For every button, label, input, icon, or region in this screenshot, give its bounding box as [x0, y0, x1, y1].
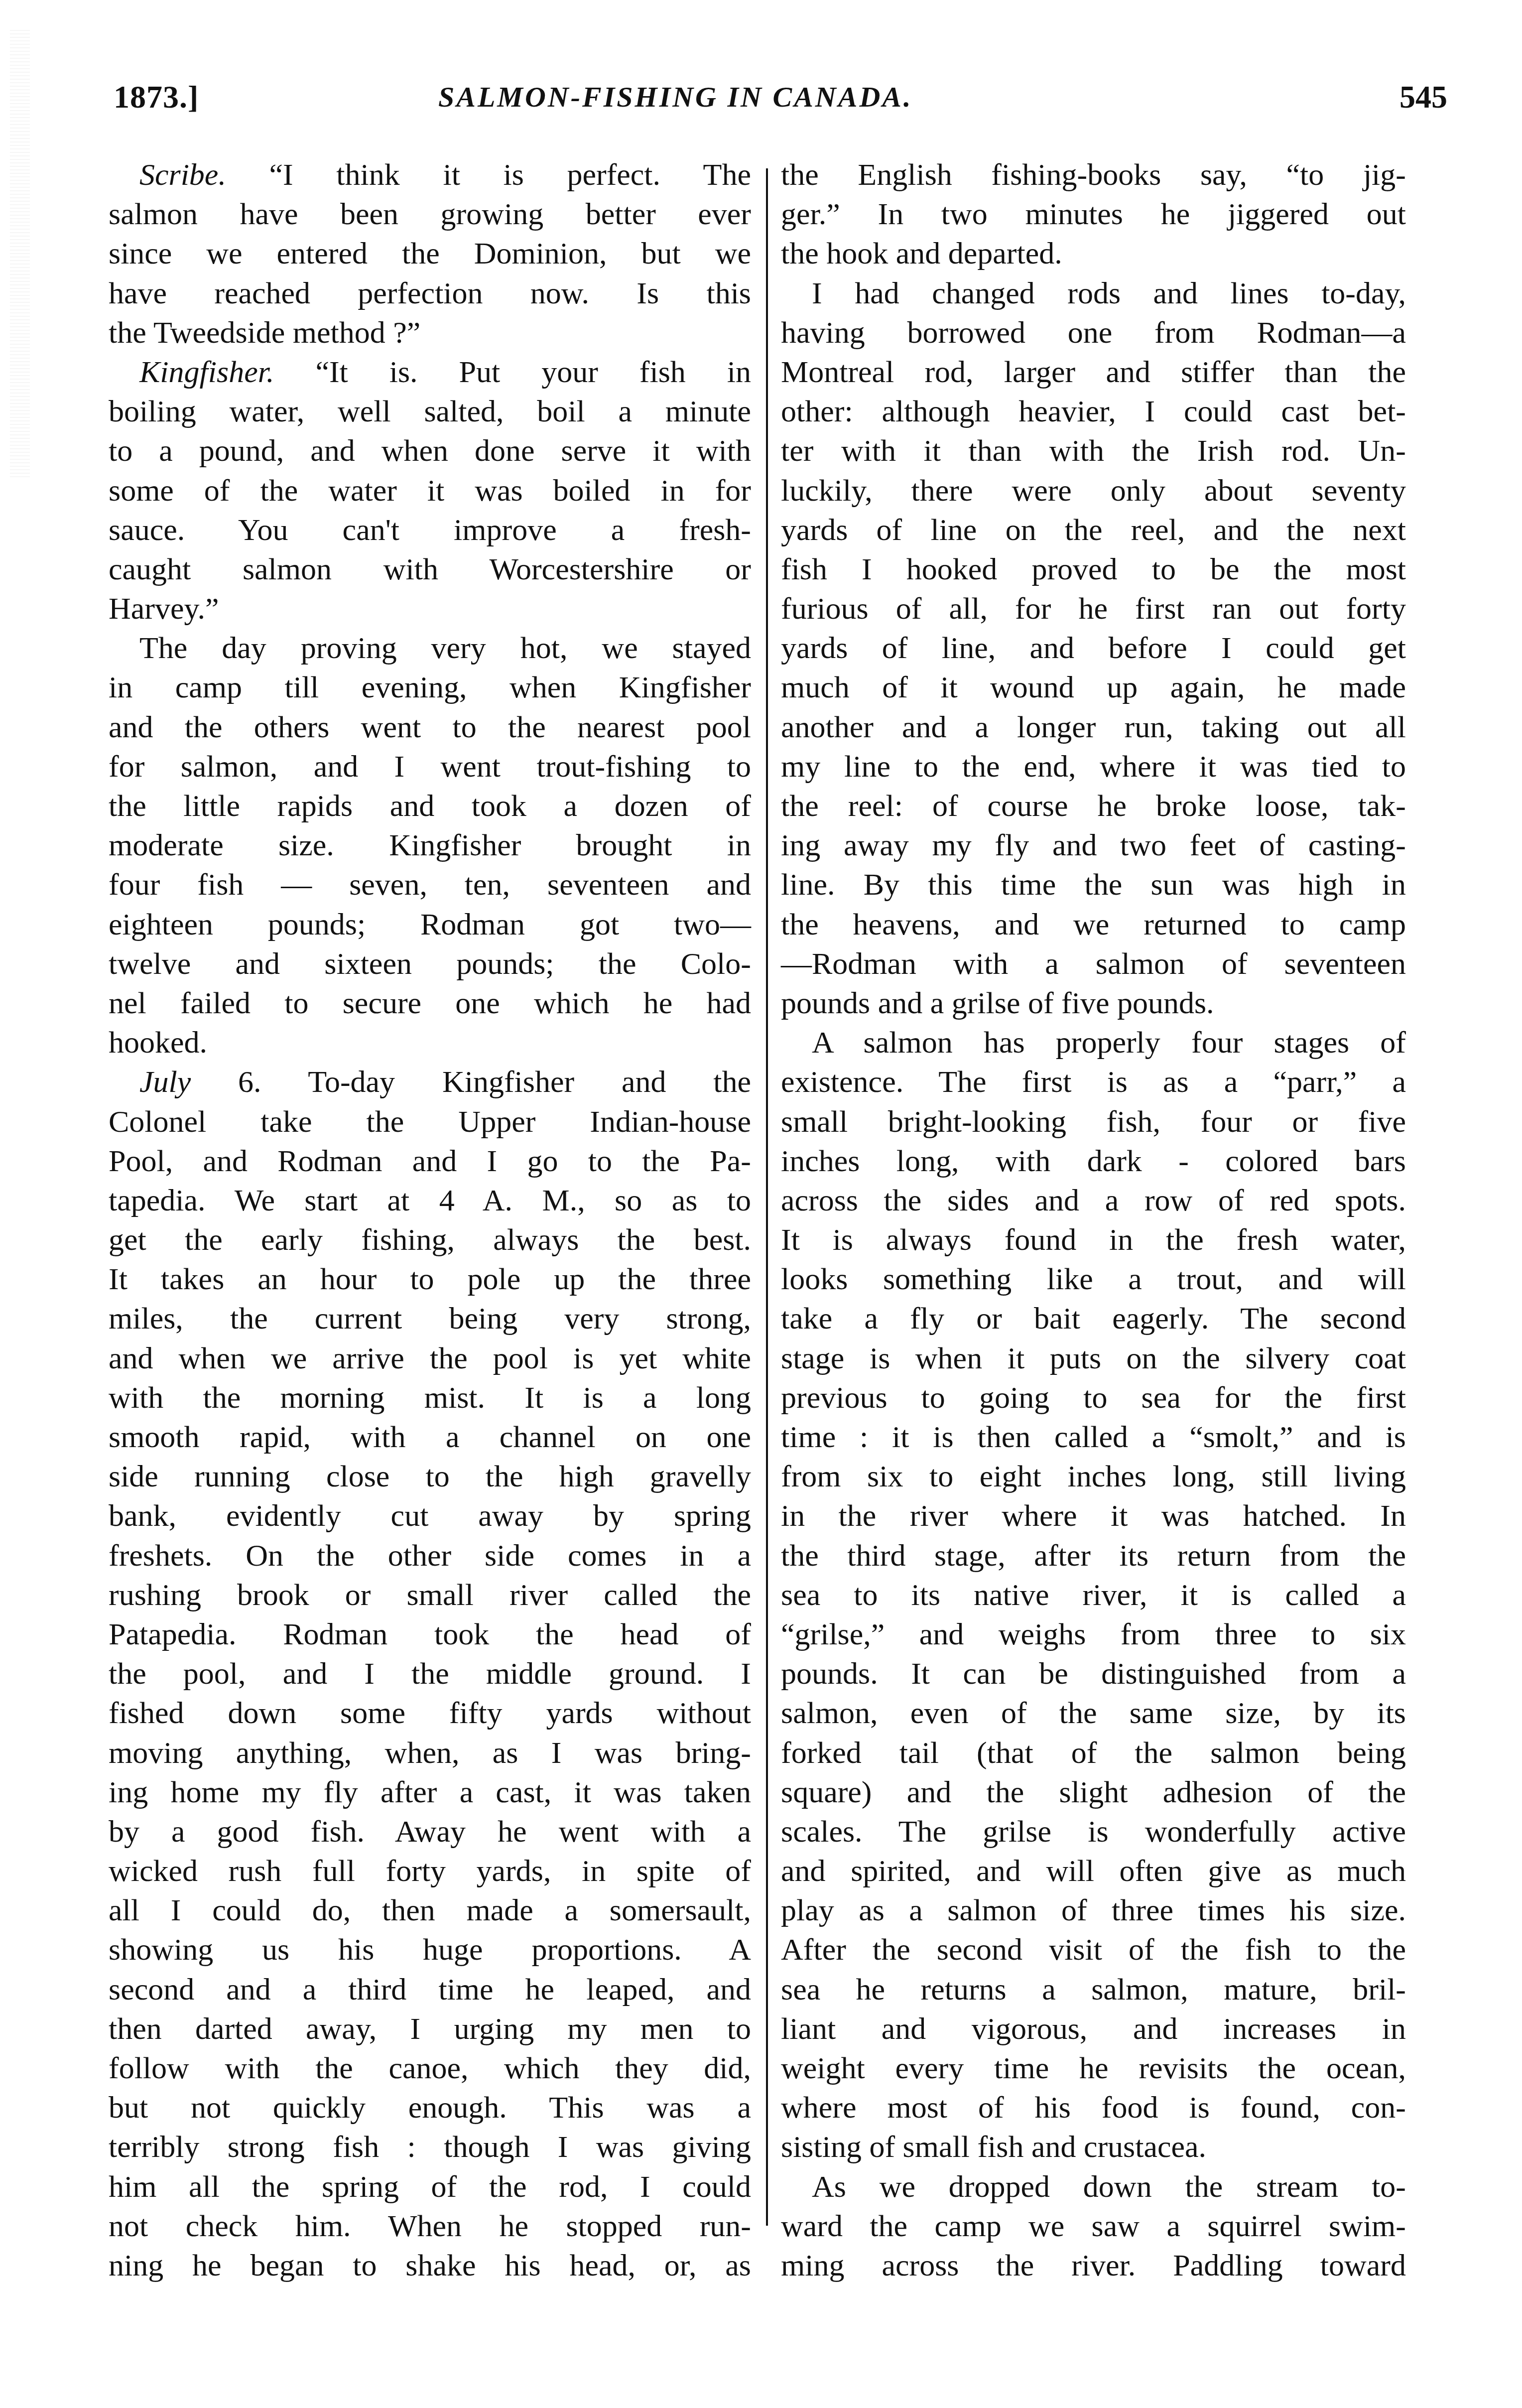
- text-line: moving anything, when, as I was bring-: [109, 1734, 751, 1773]
- line-text: the Tweedside method ?”: [109, 316, 420, 350]
- text-line: stage is when it puts on the silvery coa…: [781, 1339, 1406, 1378]
- line-text: weight every time he revisits the ocean,: [781, 2051, 1406, 2085]
- line-text: 6. To-day Kingfisher and the: [191, 1065, 751, 1099]
- right-column: the English fishing-books say, “to jig-g…: [781, 155, 1406, 2285]
- text-line: Montreal rod, larger and stiffer than th…: [781, 353, 1406, 392]
- text-line: time : it is then called a “smolt,” and …: [781, 1418, 1406, 1457]
- line-text: The day proving very hot, we stayed: [139, 631, 751, 665]
- line-text: him all the spring of the rod, I could: [109, 2170, 751, 2204]
- text-line: July 6. To-day Kingfisher and the: [109, 1063, 751, 1102]
- text-line: miles, the current being very strong,: [109, 1299, 751, 1338]
- line-text: play as a salmon of three times his size…: [781, 1893, 1406, 1927]
- line-text: salmon, even of the same size, by its: [781, 1696, 1406, 1730]
- line-text: my line to the end, where it was tied to: [781, 750, 1406, 784]
- line-text: Pool, and Rodman and I go to the Pa-: [109, 1144, 751, 1178]
- line-text: sea he returns a salmon, mature, bril-: [781, 1973, 1406, 2007]
- text-line: get the early fishing, always the best.: [109, 1220, 751, 1260]
- line-text: smooth rapid, with a channel on one: [109, 1420, 751, 1454]
- running-head: 1873.] SALMON-FISHING IN CANADA. 545: [0, 75, 1522, 120]
- line-text: small bright-looking fish, four or five: [781, 1105, 1406, 1139]
- running-head-date: 1873.]: [114, 75, 199, 120]
- text-line: four fish — seven, ten, seventeen and: [109, 865, 751, 905]
- text-line: looks something like a trout, and will: [781, 1260, 1406, 1299]
- text-line: “grilse,” and weighs from three to six: [781, 1615, 1406, 1654]
- text-line: another and a longer run, taking out all: [781, 708, 1406, 747]
- line-text: the reel: of course he broke loose, tak-: [781, 789, 1406, 823]
- line-text: —Rodman with a salmon of seventeen: [781, 947, 1406, 981]
- line-text: “grilse,” and weighs from three to six: [781, 1617, 1406, 1651]
- line-text: boiling water, well salted, boil a minut…: [109, 395, 751, 428]
- text-line: fish I hooked proved to be the most: [781, 550, 1406, 589]
- text-line: then darted away, I urging my men to: [109, 2009, 751, 2049]
- text-line: tapedia. We start at 4 A. M., so as to: [109, 1181, 751, 1220]
- text-line: second and a third time he leaped, and: [109, 1970, 751, 2009]
- line-text: wicked rush full forty yards, in spite o…: [109, 1854, 751, 1888]
- text-line: moderate size. Kingfisher brought in: [109, 826, 751, 865]
- line-text: hooked.: [109, 1026, 207, 1060]
- line-text: much of it wound up again, he made: [781, 670, 1406, 704]
- line-text: liant and vigorous, and increases in: [781, 2012, 1406, 2046]
- text-line: by a good fish. Away he went with a: [109, 1812, 751, 1852]
- text-line: across the sides and a row of red spots.: [781, 1181, 1406, 1220]
- text-line: After the second visit of the fish to th…: [781, 1930, 1406, 1970]
- line-text: rushing brook or small river called the: [109, 1578, 751, 1612]
- line-text: ming across the river. Paddling toward: [781, 2249, 1406, 2282]
- line-text: Colonel take the Upper Indian-house: [109, 1105, 751, 1139]
- line-text: the English fishing-books say, “to jig-: [781, 158, 1406, 192]
- line-text: ning he began to shake his head, or, as: [109, 2249, 751, 2282]
- line-text: forked tail (that of the salmon being: [781, 1736, 1406, 1770]
- line-text: by a good fish. Away he went with a: [109, 1815, 751, 1849]
- text-line: the third stage, after its return from t…: [781, 1536, 1406, 1576]
- line-text: ward the camp we saw a squirrel swim-: [781, 2209, 1406, 2243]
- text-line: side running close to the high gravelly: [109, 1457, 751, 1496]
- text-line: sisting of small fish and crustacea.: [781, 2128, 1406, 2167]
- line-text: but not quickly enough. This was a: [109, 2091, 751, 2125]
- line-text: the little rapids and took a dozen of: [109, 789, 751, 823]
- text-line: ter with it than with the Irish rod. Un-: [781, 431, 1406, 471]
- line-text: from six to eight inches long, still liv…: [781, 1460, 1406, 1493]
- text-line: the little rapids and took a dozen of: [109, 787, 751, 826]
- line-text: ing away my fly and two feet of casting-: [781, 828, 1406, 862]
- line-text: to a pound, and when done serve it with: [109, 434, 751, 468]
- text-line: liant and vigorous, and increases in: [781, 2009, 1406, 2049]
- line-text: Harvey.”: [109, 592, 219, 626]
- text-line: the pool, and I the middle ground. I: [109, 1654, 751, 1694]
- line-text: follow with the canoe, which they did,: [109, 2051, 751, 2085]
- line-text: time : it is then called a “smolt,” and …: [781, 1420, 1406, 1454]
- line-text: fished down some fifty yards without: [109, 1696, 751, 1730]
- line-text: Patapedia. Rodman took the head of: [109, 1617, 751, 1651]
- line-text: in camp till evening, when Kingfisher: [109, 670, 751, 704]
- text-line: not check him. When he stopped run-: [109, 2207, 751, 2246]
- text-line: have reached perfection now. Is this: [109, 274, 751, 313]
- text-line: salmon have been growing better ever: [109, 195, 751, 234]
- line-text: After the second visit of the fish to th…: [781, 1933, 1406, 1967]
- line-text: with the morning mist. It is a long: [109, 1381, 751, 1415]
- text-line: sauce. You can't improve a fresh-: [109, 511, 751, 550]
- line-text: inches long, with dark - colored bars: [781, 1144, 1406, 1178]
- line-text: bank, evidently cut away by spring: [109, 1499, 751, 1533]
- line-text: scales. The grilse is wonderfully active: [781, 1815, 1406, 1849]
- line-text: sauce. You can't improve a fresh-: [109, 513, 751, 547]
- text-line: sea to its native river, it is called a: [781, 1576, 1406, 1615]
- text-line: nel failed to secure one which he had: [109, 984, 751, 1023]
- text-line: terribly strong fish : though I was givi…: [109, 2128, 751, 2167]
- line-text: salmon have been growing better ever: [109, 197, 751, 231]
- line-text: It takes an hour to pole up the three: [109, 1262, 751, 1296]
- line-text: four fish — seven, ten, seventeen and: [109, 868, 751, 902]
- line-text: yards of line on the reel, and the next: [781, 513, 1406, 547]
- line-text: second and a third time he leaped, and: [109, 1973, 751, 2007]
- text-line: yards of line on the reel, and the next: [781, 511, 1406, 550]
- text-line: weight every time he revisits the ocean,: [781, 2049, 1406, 2088]
- line-text: in the river where it was hatched. In: [781, 1499, 1406, 1533]
- text-line: with the morning mist. It is a long: [109, 1378, 751, 1418]
- text-line: caught salmon with Worcestershire or: [109, 550, 751, 589]
- text-line: for salmon, and I went trout-fishing to: [109, 747, 751, 787]
- text-line: Pool, and Rodman and I go to the Pa-: [109, 1142, 751, 1181]
- line-text: then darted away, I urging my men to: [109, 2012, 751, 2046]
- line-text: fish I hooked proved to be the most: [781, 552, 1406, 586]
- text-line: the heavens, and we returned to camp: [781, 905, 1406, 944]
- text-line: take a fly or bait eagerly. The second: [781, 1299, 1406, 1338]
- text-line: The day proving very hot, we stayed: [109, 629, 751, 668]
- text-line: hooked.: [109, 1023, 751, 1063]
- line-text: showing us his huge proportions. A: [109, 1933, 751, 1967]
- text-line: sea he returns a salmon, mature, bril-: [781, 1970, 1406, 2009]
- line-text: caught salmon with Worcestershire or: [109, 552, 751, 586]
- line-text: looks something like a trout, and will: [781, 1262, 1406, 1296]
- line-text: other: although heavier, I could cast be…: [781, 395, 1406, 428]
- line-text: ing home my fly after a cast, it was tak…: [109, 1775, 751, 1809]
- text-line: scales. The grilse is wonderfully active: [781, 1812, 1406, 1852]
- line-text: get the early fishing, always the best.: [109, 1223, 751, 1257]
- line-text: and the others went to the nearest pool: [109, 710, 751, 744]
- text-line: all I could do, then made a somersault,: [109, 1891, 751, 1930]
- text-line: Scribe. “I think it is perfect. The: [109, 155, 751, 195]
- text-line: inches long, with dark - colored bars: [781, 1142, 1406, 1181]
- line-text: the hook and departed.: [781, 237, 1062, 270]
- text-line: salmon, even of the same size, by its: [781, 1694, 1406, 1733]
- text-line: in camp till evening, when Kingfisher: [109, 668, 751, 707]
- text-line: line. By this time the sun was high in: [781, 865, 1406, 905]
- line-text: take a fly or bait eagerly. The second: [781, 1302, 1406, 1336]
- text-line: the English fishing-books say, “to jig-: [781, 155, 1406, 195]
- line-text: the heavens, and we returned to camp: [781, 908, 1406, 941]
- text-line: some of the water it was boiled in for: [109, 471, 751, 511]
- line-text: all I could do, then made a somersault,: [109, 1893, 751, 1927]
- text-line: the reel: of course he broke loose, tak-: [781, 787, 1406, 826]
- line-text: another and a longer run, taking out all: [781, 710, 1406, 744]
- line-text: nel failed to secure one which he had: [109, 986, 751, 1020]
- text-line: and when we arrive the pool is yet white: [109, 1339, 751, 1378]
- text-line: and spirited, and will often give as muc…: [781, 1852, 1406, 1891]
- text-line: ward the camp we saw a squirrel swim-: [781, 2207, 1406, 2246]
- line-text: “It is. Put your fish in: [274, 355, 751, 389]
- speaker-label: Kingfisher.: [139, 355, 274, 389]
- text-line: ing away my fly and two feet of casting-: [781, 826, 1406, 865]
- text-line: other: although heavier, I could cast be…: [781, 392, 1406, 431]
- text-line: to a pound, and when done serve it with: [109, 431, 751, 471]
- text-line: previous to going to sea for the first: [781, 1378, 1406, 1418]
- line-text: sisting of small fish and crustacea.: [781, 2130, 1206, 2164]
- text-line: having borrowed one from Rodman—a: [781, 313, 1406, 353]
- text-line: bank, evidently cut away by spring: [109, 1496, 751, 1536]
- text-line: It takes an hour to pole up the three: [109, 1260, 751, 1299]
- text-line: Colonel take the Upper Indian-house: [109, 1102, 751, 1142]
- text-line: pounds and a grilse of five pounds.: [781, 984, 1406, 1023]
- text-line: ger.” In two minutes he jiggered out: [781, 195, 1406, 234]
- line-text: freshets. On the other side comes in a: [109, 1539, 751, 1573]
- text-line: twelve and sixteen pounds; the Colo-: [109, 944, 751, 984]
- column-divider: [766, 168, 768, 2226]
- line-text: have reached perfection now. Is this: [109, 276, 751, 310]
- text-line: fished down some fifty yards without: [109, 1694, 751, 1733]
- text-line: I had changed rods and lines to-day,: [781, 274, 1406, 313]
- text-line: ing home my fly after a cast, it was tak…: [109, 1773, 751, 1812]
- text-line: forked tail (that of the salmon being: [781, 1734, 1406, 1773]
- line-text: for salmon, and I went trout-fishing to: [109, 750, 751, 784]
- text-line: but not quickly enough. This was a: [109, 2088, 751, 2128]
- line-text: the third stage, after its return from t…: [781, 1539, 1406, 1573]
- line-text: ger.” In two minutes he jiggered out: [781, 197, 1406, 231]
- text-line: from six to eight inches long, still liv…: [781, 1457, 1406, 1496]
- line-text: It is always found in the fresh water,: [781, 1223, 1406, 1257]
- line-text: and when we arrive the pool is yet white: [109, 1341, 751, 1375]
- text-line: freshets. On the other side comes in a: [109, 1536, 751, 1576]
- text-line: where most of his food is found, con-: [781, 2088, 1406, 2128]
- text-line: showing us his huge proportions. A: [109, 1930, 751, 1970]
- text-line: him all the spring of the rod, I could: [109, 2167, 751, 2207]
- text-line: small bright-looking fish, four or five: [781, 1102, 1406, 1142]
- line-text: tapedia. We start at 4 A. M., so as to: [109, 1184, 751, 1217]
- text-line: ming across the river. Paddling toward: [781, 2246, 1406, 2285]
- text-line: boiling water, well salted, boil a minut…: [109, 392, 751, 431]
- text-line: As we dropped down the stream to-: [781, 2167, 1406, 2207]
- line-text: ter with it than with the Irish rod. Un-: [781, 434, 1406, 468]
- text-line: follow with the canoe, which they did,: [109, 2049, 751, 2088]
- line-text: A salmon has properly four stages of: [812, 1026, 1406, 1060]
- text-line: Harvey.”: [109, 589, 751, 629]
- line-text: some of the water it was boiled in for: [109, 474, 751, 508]
- line-text: line. By this time the sun was high in: [781, 868, 1406, 902]
- text-line: eighteen pounds; Rodman got two—: [109, 905, 751, 944]
- text-line: luckily, there were only about seventy: [781, 471, 1406, 511]
- line-text: “I think it is perfect. The: [226, 158, 751, 192]
- text-line: Kingfisher. “It is. Put your fish in: [109, 353, 751, 392]
- text-line: my line to the end, where it was tied to: [781, 747, 1406, 787]
- text-line: —Rodman with a salmon of seventeen: [781, 944, 1406, 984]
- line-text: miles, the current being very strong,: [109, 1302, 751, 1336]
- line-text: eighteen pounds; Rodman got two—: [109, 908, 751, 941]
- text-line: and the others went to the nearest pool: [109, 708, 751, 747]
- line-text: pounds. It can be distinguished from a: [781, 1657, 1406, 1691]
- text-line: A salmon has properly four stages of: [781, 1023, 1406, 1063]
- line-text: moving anything, when, as I was bring-: [109, 1736, 751, 1770]
- text-line: furious of all, for he first ran out for…: [781, 589, 1406, 629]
- text-line: square) and the slight adhesion of the: [781, 1773, 1406, 1812]
- line-text: sea to its native river, it is called a: [781, 1578, 1406, 1612]
- line-text: previous to going to sea for the first: [781, 1381, 1406, 1415]
- line-text: luckily, there were only about seventy: [781, 474, 1406, 508]
- line-text: moderate size. Kingfisher brought in: [109, 828, 751, 862]
- line-text: across the sides and a row of red spots.: [781, 1184, 1406, 1217]
- text-line: in the river where it was hatched. In: [781, 1496, 1406, 1536]
- text-line: since we entered the Dominion, but we: [109, 234, 751, 273]
- text-line: wicked rush full forty yards, in spite o…: [109, 1852, 751, 1891]
- text-line: ning he began to shake his head, or, as: [109, 2246, 751, 2285]
- text-line: rushing brook or small river called the: [109, 1576, 751, 1615]
- page-number: 545: [1399, 75, 1447, 120]
- text-line: existence. The first is as a “parr,” a: [781, 1063, 1406, 1102]
- line-text: twelve and sixteen pounds; the Colo-: [109, 947, 751, 981]
- line-text: terribly strong fish : though I was givi…: [109, 2130, 751, 2164]
- line-text: Montreal rod, larger and stiffer than th…: [781, 355, 1406, 389]
- book-page: 1873.] SALMON-FISHING IN CANADA. 545 Scr…: [0, 0, 1522, 2408]
- line-text: yards of line, and before I could get: [781, 631, 1406, 665]
- text-line: much of it wound up again, he made: [781, 668, 1406, 707]
- text-line: It is always found in the fresh water,: [781, 1220, 1406, 1260]
- line-text: and spirited, and will often give as muc…: [781, 1854, 1406, 1888]
- line-text: stage is when it puts on the silvery coa…: [781, 1341, 1406, 1375]
- line-text: the pool, and I the middle ground. I: [109, 1657, 751, 1691]
- line-text: having borrowed one from Rodman—a: [781, 316, 1406, 350]
- line-text: As we dropped down the stream to-: [812, 2170, 1406, 2204]
- line-text: furious of all, for he first ran out for…: [781, 592, 1406, 626]
- running-head-title: SALMON-FISHING IN CANADA.: [438, 75, 912, 120]
- text-line: smooth rapid, with a channel on one: [109, 1418, 751, 1457]
- text-line: the Tweedside method ?”: [109, 313, 751, 353]
- text-line: pounds. It can be distinguished from a: [781, 1654, 1406, 1694]
- line-text: side running close to the high gravelly: [109, 1460, 751, 1493]
- line-text: square) and the slight adhesion of the: [781, 1775, 1406, 1809]
- text-line: yards of line, and before I could get: [781, 629, 1406, 668]
- line-text: where most of his food is found, con-: [781, 2091, 1406, 2125]
- text-line: Patapedia. Rodman took the head of: [109, 1615, 751, 1654]
- text-line: play as a salmon of three times his size…: [781, 1891, 1406, 1930]
- text-line: the hook and departed.: [781, 234, 1406, 273]
- line-text: I had changed rods and lines to-day,: [812, 276, 1406, 310]
- left-column: Scribe. “I think it is perfect. Thesalmo…: [109, 155, 751, 2285]
- line-text: pounds and a grilse of five pounds.: [781, 986, 1214, 1020]
- speaker-label: July: [139, 1065, 191, 1099]
- line-text: since we entered the Dominion, but we: [109, 237, 751, 270]
- line-text: not check him. When he stopped run-: [109, 2209, 751, 2243]
- speaker-label: Scribe.: [139, 158, 226, 192]
- line-text: existence. The first is as a “parr,” a: [781, 1065, 1406, 1099]
